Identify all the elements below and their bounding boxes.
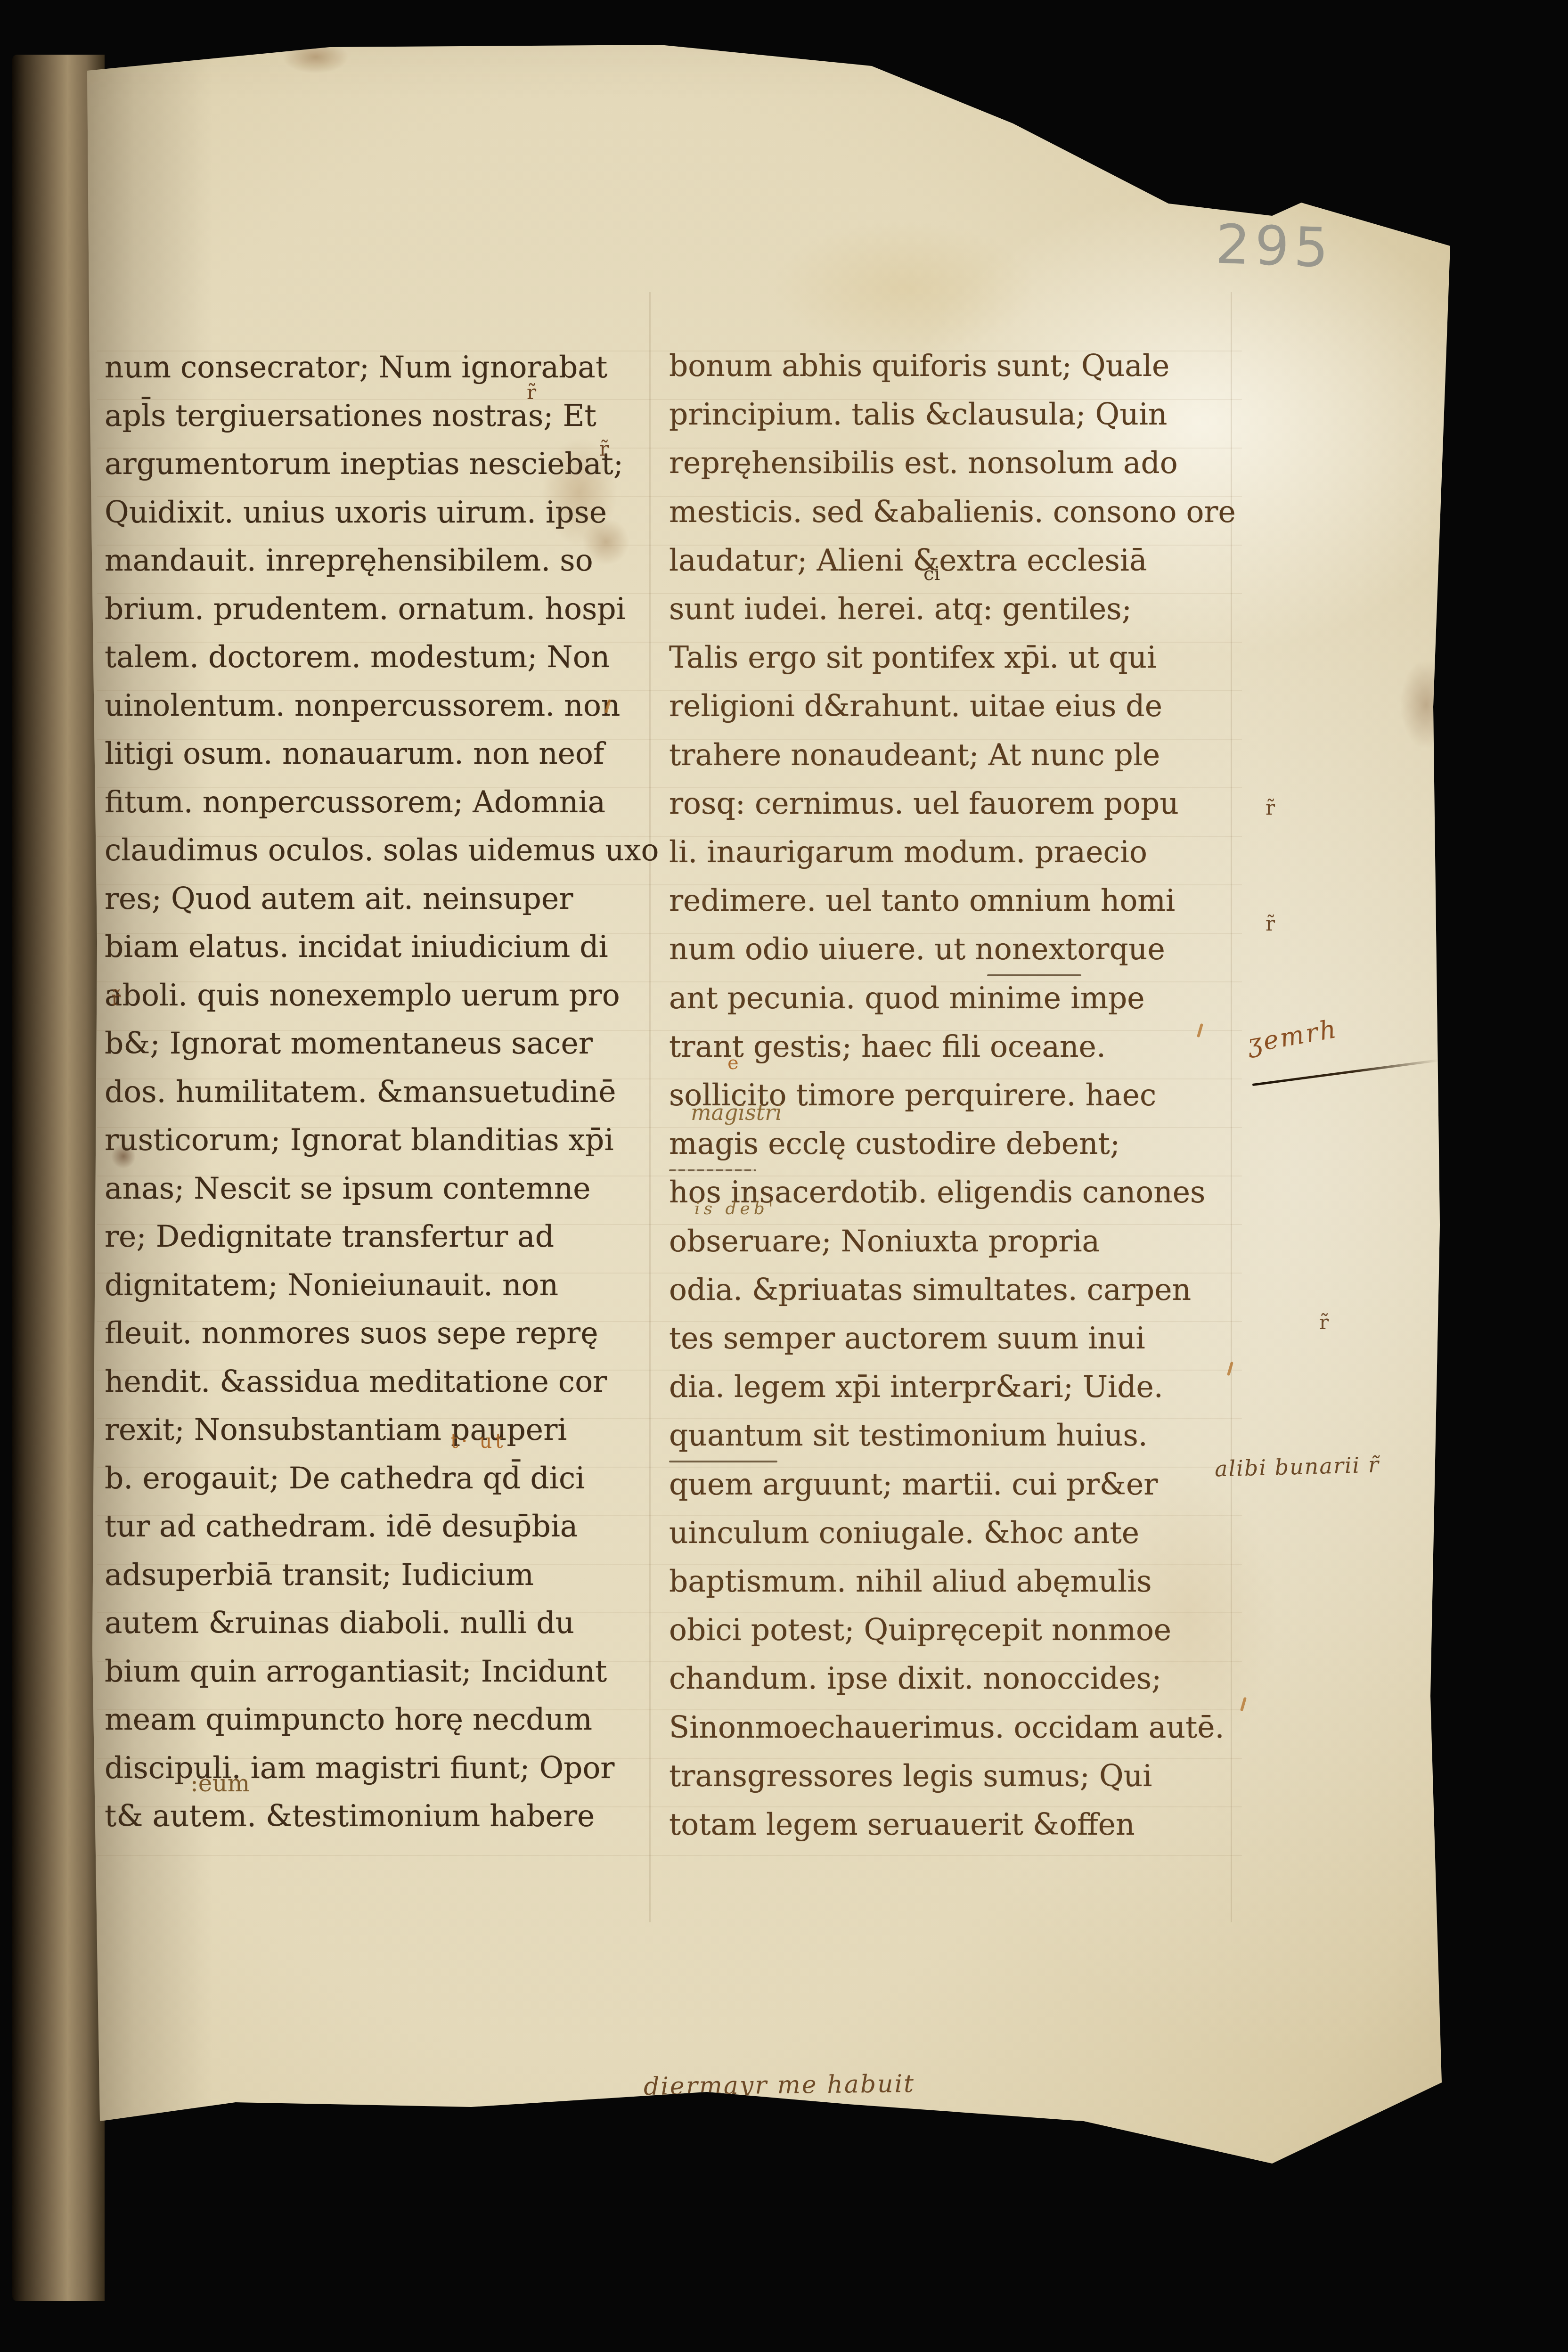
manuscript-page: num consecrator; Num ignorabatapl̄s terg… — [0, 0, 1568, 2352]
parchment-shading — [0, 0, 1568, 2352]
photo-background: num consecrator; Num ignorabatapl̄s terg… — [0, 0, 1568, 2352]
